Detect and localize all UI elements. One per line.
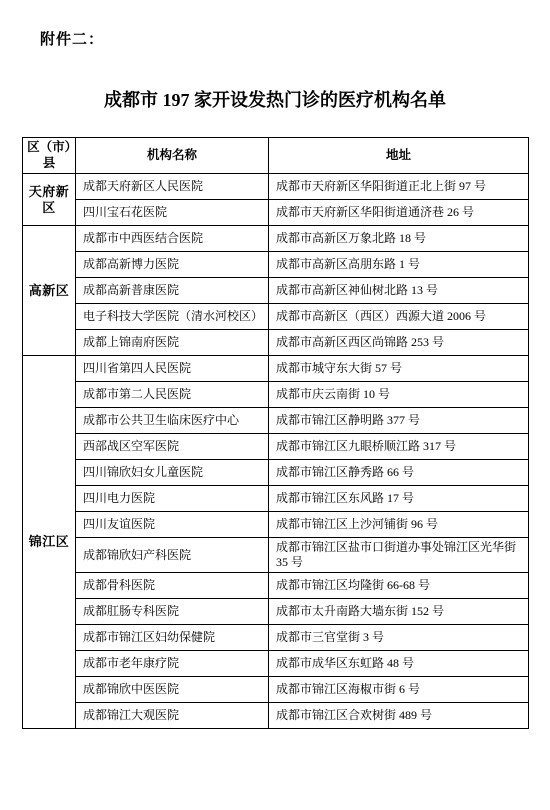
institution-name-cell: 成都市第二人民医院 (76, 382, 269, 408)
institution-name-cell: 成都高新博力医院 (76, 252, 269, 278)
address-cell: 成都市城守东大街 57 号 (269, 356, 529, 382)
address-cell: 成都市成华区东虹路 48 号 (269, 651, 529, 677)
table-row: 四川友谊医院成都市锦江区上沙河铺街 96 号 (23, 512, 529, 538)
table-row: 成都高新博力医院成都市高新区高朋东路 1 号 (23, 252, 529, 278)
header-address: 地址 (269, 138, 529, 174)
institution-name-cell: 成都天府新区人民医院 (76, 174, 269, 200)
table-row: 四川电力医院成都市锦江区东风路 17 号 (23, 486, 529, 512)
institution-name-cell: 成都市老年康疗院 (76, 651, 269, 677)
table-body: 天府新区成都天府新区人民医院成都市天府新区华阳街道正北上街 97 号四川宝石花医… (23, 174, 529, 729)
institution-name-cell: 四川省第四人民医院 (76, 356, 269, 382)
address-cell: 成都市锦江区盐市口街道办事处锦江区光华街 35 号 (269, 538, 529, 573)
address-cell: 成都市高新区（西区）西源大道 2006 号 (269, 304, 529, 330)
address-cell: 成都市高新区西区尚锦路 253 号 (269, 330, 529, 356)
table-row: 锦江区四川省第四人民医院成都市城守东大街 57 号 (23, 356, 529, 382)
institution-name-cell: 成都锦欣妇产科医院 (76, 538, 269, 573)
address-cell: 成都市高新区高朋东路 1 号 (269, 252, 529, 278)
district-cell: 天府新区 (23, 174, 76, 226)
address-cell: 成都市三官堂街 3 号 (269, 625, 529, 651)
address-cell: 成都市锦江区静明路 377 号 (269, 408, 529, 434)
table-header-row: 区（市）县 机构名称 地址 (23, 138, 529, 174)
page-title: 成都市 197 家开设发热门诊的医疗机构名单 (0, 86, 550, 112)
address-cell: 成都市锦江区上沙河铺街 96 号 (269, 512, 529, 538)
table-row: 成都上锦南府医院成都市高新区西区尚锦路 253 号 (23, 330, 529, 356)
address-cell: 成都市锦江区静秀路 66 号 (269, 460, 529, 486)
institution-name-cell: 四川锦欣妇女儿童医院 (76, 460, 269, 486)
table-row: 成都锦欣中医医院成都市锦江区海椒市街 6 号 (23, 677, 529, 703)
institution-name-cell: 成都市公共卫生临床医疗中心 (76, 408, 269, 434)
header-district: 区（市）县 (23, 138, 76, 174)
table-row: 四川宝石花医院成都市天府新区华阳街道通济巷 26 号 (23, 200, 529, 226)
address-cell: 成都市高新区万象北路 18 号 (269, 226, 529, 252)
table-row: 成都骨科医院成都市锦江区均隆街 66-68 号 (23, 573, 529, 599)
district-cell: 锦江区 (23, 356, 76, 729)
institution-name-cell: 成都市锦江区妇幼保健院 (76, 625, 269, 651)
document-page: 附件二： 成都市 197 家开设发热门诊的医疗机构名单 区（市）县 机构名称 地… (0, 0, 550, 810)
address-cell: 成都市太升南路大墙东街 152 号 (269, 599, 529, 625)
table-row: 四川锦欣妇女儿童医院成都市锦江区静秀路 66 号 (23, 460, 529, 486)
institution-name-cell: 成都高新普康医院 (76, 278, 269, 304)
address-cell: 成都市锦江区均隆街 66-68 号 (269, 573, 529, 599)
address-cell: 成都市庆云南街 10 号 (269, 382, 529, 408)
table-row: 成都高新普康医院成都市高新区神仙树北路 13 号 (23, 278, 529, 304)
district-cell: 高新区 (23, 226, 76, 356)
institution-name-cell: 成都锦江大观医院 (76, 703, 269, 729)
table-row: 成都市第二人民医院成都市庆云南街 10 号 (23, 382, 529, 408)
table-row: 成都锦江大观医院成都市锦江区合欢树街 489 号 (23, 703, 529, 729)
address-cell: 成都市天府新区华阳街道正北上街 97 号 (269, 174, 529, 200)
table-row: 成都锦欣妇产科医院成都市锦江区盐市口街道办事处锦江区光华街 35 号 (23, 538, 529, 573)
address-cell: 成都市高新区神仙树北路 13 号 (269, 278, 529, 304)
table-row: 成都肛肠专科医院成都市太升南路大墙东街 152 号 (23, 599, 529, 625)
institution-name-cell: 四川电力医院 (76, 486, 269, 512)
table-row: 成都市锦江区妇幼保健院成都市三官堂街 3 号 (23, 625, 529, 651)
address-cell: 成都市天府新区华阳街道通济巷 26 号 (269, 200, 529, 226)
institution-name-cell: 电子科技大学医院（清水河校区） (76, 304, 269, 330)
institution-name-cell: 成都市中西医结合医院 (76, 226, 269, 252)
address-cell: 成都市锦江区九眼桥顺江路 317 号 (269, 434, 529, 460)
table-row: 成都市公共卫生临床医疗中心成都市锦江区静明路 377 号 (23, 408, 529, 434)
institution-name-cell: 成都上锦南府医院 (76, 330, 269, 356)
table-row: 高新区成都市中西医结合医院成都市高新区万象北路 18 号 (23, 226, 529, 252)
institution-name-cell: 成都锦欣中医医院 (76, 677, 269, 703)
institution-name-cell: 成都肛肠专科医院 (76, 599, 269, 625)
table-row: 电子科技大学医院（清水河校区）成都市高新区（西区）西源大道 2006 号 (23, 304, 529, 330)
address-cell: 成都市锦江区合欢树街 489 号 (269, 703, 529, 729)
institution-name-cell: 四川友谊医院 (76, 512, 269, 538)
institution-name-cell: 成都骨科医院 (76, 573, 269, 599)
address-cell: 成都市锦江区东风路 17 号 (269, 486, 529, 512)
table-row: 西部战区空军医院成都市锦江区九眼桥顺江路 317 号 (23, 434, 529, 460)
attachment-label: 附件二： (40, 28, 104, 49)
table-row: 成都市老年康疗院成都市成华区东虹路 48 号 (23, 651, 529, 677)
address-cell: 成都市锦江区海椒市街 6 号 (269, 677, 529, 703)
institution-name-cell: 四川宝石花医院 (76, 200, 269, 226)
table-row: 天府新区成都天府新区人民医院成都市天府新区华阳街道正北上街 97 号 (23, 174, 529, 200)
hospital-table: 区（市）县 机构名称 地址 天府新区成都天府新区人民医院成都市天府新区华阳街道正… (22, 137, 529, 729)
header-institution-name: 机构名称 (76, 138, 269, 174)
institution-name-cell: 西部战区空军医院 (76, 434, 269, 460)
